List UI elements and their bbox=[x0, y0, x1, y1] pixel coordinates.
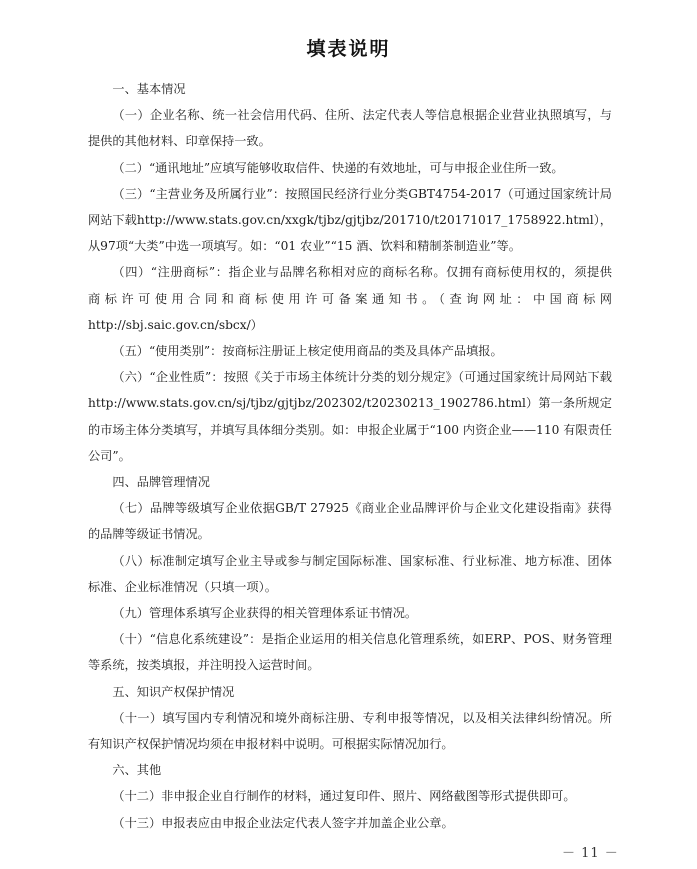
paragraph-item-12: （十二）非申报企业自行制作的材料，通过复印件、照片、网络截图等形式提供即可。 bbox=[88, 783, 612, 809]
paragraph-item-4-line-3: http://sbj.saic.gov.cn/sbcx/） bbox=[88, 312, 612, 338]
paragraph-item-2: （二）“通讯地址”应填写能够收取信件、快递的有效地址，可与申报企业住所一致。 bbox=[88, 155, 612, 181]
paragraph-item-11: （十一）填写国内专利情况和境外商标注册、专利申报等情况，以及相关法律纠纷情况。所… bbox=[88, 705, 612, 757]
paragraph-item-8: （八）标准制定填写企业主导或参与制定国际标准、国家标准、行业标准、地方标准、团体… bbox=[88, 548, 612, 600]
paragraph-item-1: （一）企业名称、统一社会信用代码、住所、法定代表人等信息根据企业营业执照填写，与… bbox=[88, 102, 612, 154]
section-heading-ip-protection: 五、知识产权保护情况 bbox=[88, 679, 612, 705]
document-body: 一、基本情况 （一）企业名称、统一社会信用代码、住所、法定代表人等信息根据企业营… bbox=[88, 76, 612, 836]
paragraph-item-9: （九）管理体系填写企业获得的相关管理体系证书情况。 bbox=[88, 600, 612, 626]
section-heading-basic-info: 一、基本情况 bbox=[88, 76, 612, 102]
paragraph-item-4-line-2: 商标许可使用合同和商标使用许可备案通知书。（查询网址：中国商标网 bbox=[88, 286, 612, 312]
paragraph-item-10: （十）“信息化系统建设”：是指企业运用的相关信息化管理系统，如ERP、POS、财… bbox=[88, 626, 612, 678]
paragraph-item-4-line-1: （四）“注册商标”：指企业与品牌名称相对应的商标名称。仅拥有商标使用权的，须提供 bbox=[88, 259, 612, 285]
page-title: 填表说明 bbox=[0, 34, 697, 61]
document-page: 填表说明 一、基本情况 （一）企业名称、统一社会信用代码、住所、法定代表人等信息… bbox=[0, 0, 697, 869]
paragraph-item-6: （六）“企业性质”：按照《关于市场主体统计分类的划分规定》（可通过国家统计局网站… bbox=[88, 364, 612, 469]
section-heading-brand-management: 四、品牌管理情况 bbox=[88, 469, 612, 495]
section-heading-other: 六、其他 bbox=[88, 757, 612, 783]
paragraph-item-5: （五）“使用类别”：按商标注册证上核定使用商品的类及具体产品填报。 bbox=[88, 338, 612, 364]
paragraph-item-13: （十三）申报表应由申报企业法定代表人签字并加盖企业公章。 bbox=[88, 810, 612, 836]
paragraph-item-7: （七）品牌等级填写企业依据GB/T 27925《商业企业品牌评价与企业文化建设指… bbox=[88, 495, 612, 547]
page-number: － 11 － bbox=[562, 842, 619, 861]
paragraph-item-3: （三）“主营业务及所属行业”：按照国民经济行业分类GBT4754-2017（可通… bbox=[88, 181, 612, 260]
